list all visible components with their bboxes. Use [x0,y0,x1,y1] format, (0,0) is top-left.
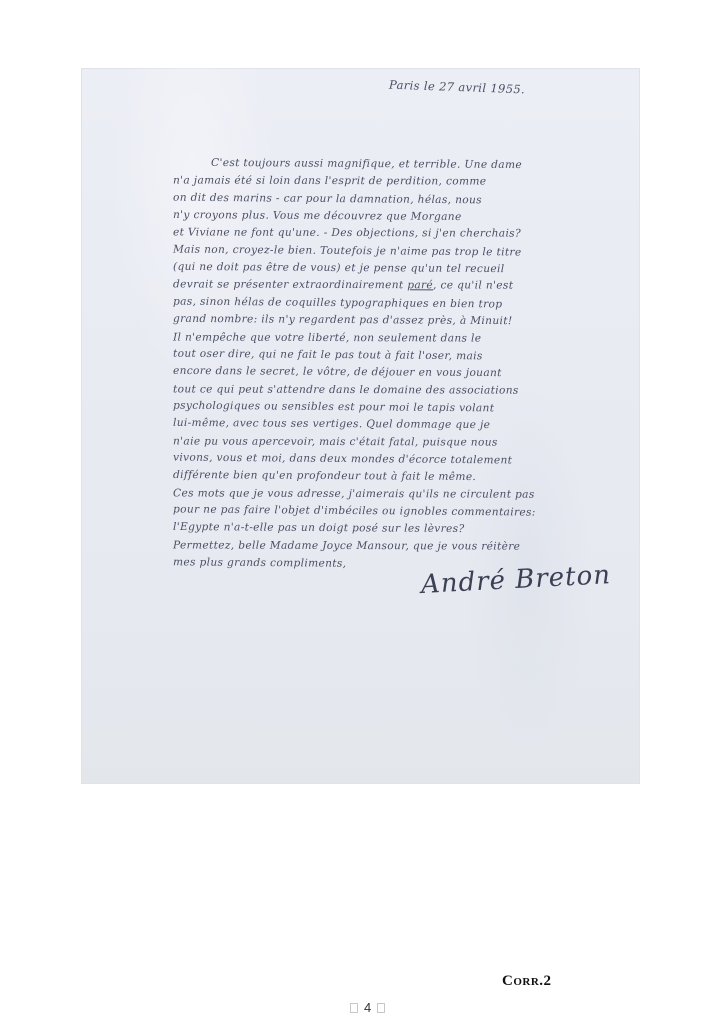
page-number: 4 [350,1000,385,1015]
letter-line: tout oser dire, qui ne fait le pas tout … [173,347,483,362]
missing-glyph-icon [350,1003,358,1013]
letter-dateline: Paris le 27 avril 1955. [389,78,525,97]
letter-line: n'a jamais été si loin dans l'esprit de … [173,175,486,188]
underlined-word: paré [407,280,433,292]
letter-line: devrait se présenter extraordinairement … [173,279,513,292]
letter-line: psychologiques ou sensibles est pour moi… [173,399,494,414]
page-number-value: 4 [364,1000,371,1015]
letter-line: encore dans le secret, le vôtre, de déjo… [173,365,502,379]
letter-line: n'y croyons plus. Vous me découvrez que … [173,209,462,223]
missing-glyph-icon [377,1003,385,1013]
letter-line: (qui ne doit pas être de vous) et je pen… [173,261,505,275]
document-label: Corr.2 [502,973,552,990]
letter-line: Il n'empêche que votre liberté, non seul… [173,331,481,344]
letter-scan: Paris le 27 avril 1955. C'est toujours a… [81,68,640,784]
letter-line: et Viviane ne font qu'une. - Des objecti… [173,227,521,240]
letter-line: grand nombre: ils n'y regardent pas d'as… [173,313,513,327]
letter-line: C'est toujours aussi magnifique, et terr… [211,157,522,171]
letter-line: vivons, vous et moi, dans deux mondes d'… [173,451,512,466]
letter-line: n'aie pu vous apercevoir, mais c'était f… [173,435,498,448]
letter-line: Permettez, belle Madame Joyce Mansour, q… [173,539,520,552]
letter-line: différente bien qu'en profondeur tout à … [173,469,476,483]
signature: André Breton [420,560,611,600]
letter-line: pas, sinon hélas de coquilles typographi… [173,295,503,310]
letter-line: l'Egypte n'a-t-elle pas un doigt posé su… [173,521,465,535]
letter-line: Ces mots que je vous adresse, j'aimerais… [173,487,535,500]
letter-line: mes plus grands compliments, [173,556,347,570]
letter-line: Mais non, croyez-le bien. Toutefois je n… [173,243,522,258]
letter-line: lui-même, avec tous ses vertiges. Quel d… [173,417,490,431]
letter-line: on dit des marins - car pour la damnatio… [173,191,482,206]
letter-line: tout ce qui peut s'attendre dans le doma… [173,383,519,396]
letter-line: pour ne pas faire l'objet d'imbéciles ou… [173,503,536,518]
